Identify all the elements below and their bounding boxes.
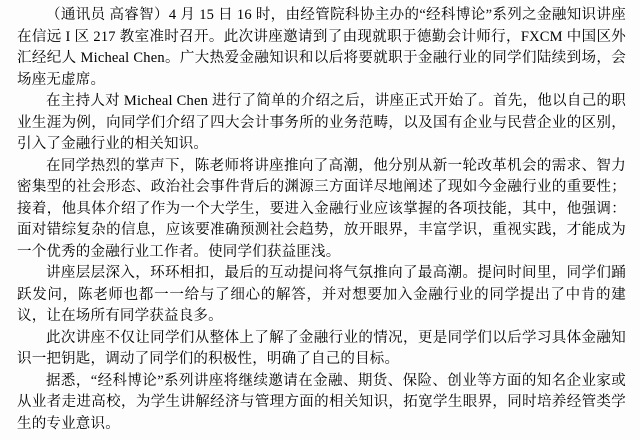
paragraph-future-plans: 据悉，“经科博论”系列讲座将继续邀请在金融、期货、保险、创业等方面的知名企业家或… (17, 371, 626, 436)
paragraph-lecture-content: 在同学热烈的掌声下，陈老师将讲座推向了高潮，他分别从新一轮改革机会的需求、智力密… (17, 156, 626, 264)
paragraph-summary: 此次讲座不仅让同学们从整体上了解了金融行业的情况，更是同学们以后学习具体金融知识… (17, 328, 626, 371)
paragraph-intro: （通讯员 高睿智）4 月 15 日 16 时，由经管院科协主办的“经科博论”系列… (17, 5, 626, 91)
paragraph-opening: 在主持人对 Micheal Chen 进行了简单的介绍之后，讲座正式开始了。首先… (17, 91, 626, 156)
paragraph-qa-session: 讲座层层深入，环环相扣，最后的互动提问将气氛推向了最高潮。提问时间里，同学们踊跃… (17, 263, 626, 328)
document-page: （通讯员 高睿智）4 月 15 日 16 时，由经管院科协主办的“经科博论”系列… (0, 0, 640, 440)
